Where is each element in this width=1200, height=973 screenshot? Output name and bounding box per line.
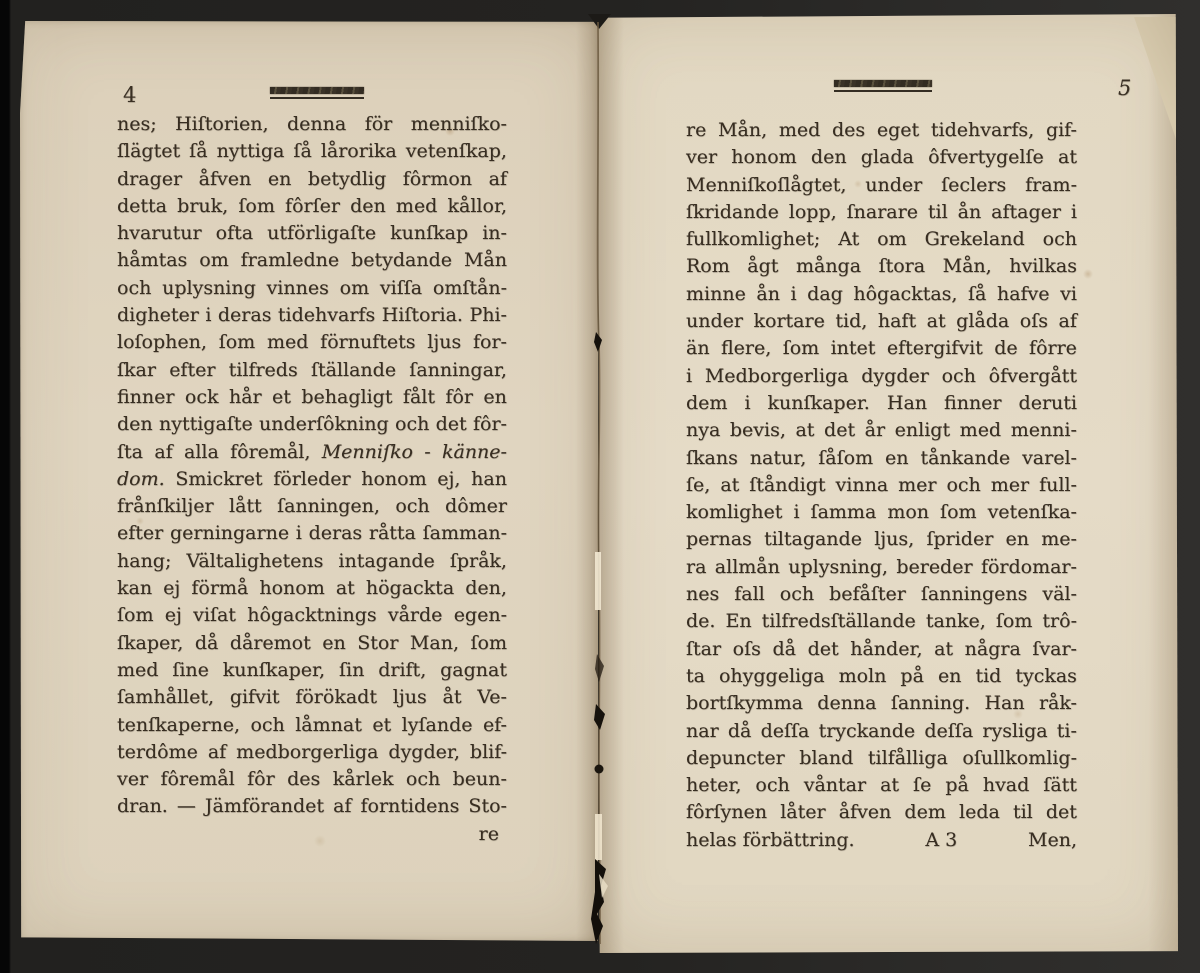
word: ſpråk, <box>450 550 507 577</box>
word: tenſkaperne, <box>117 714 240 741</box>
word: ſom <box>219 331 256 358</box>
word: - <box>424 441 430 468</box>
word: än <box>686 337 710 364</box>
word: behagligt <box>301 386 392 413</box>
word: och <box>946 474 980 501</box>
word: hår <box>229 386 262 413</box>
word: kan <box>117 577 152 604</box>
word: kunſkaper, <box>223 659 325 686</box>
word: efter <box>169 359 215 386</box>
word: minne <box>686 283 746 310</box>
word: fördomar- <box>981 556 1077 583</box>
catchword: Men, <box>1028 829 1077 856</box>
word: heter, <box>686 774 741 801</box>
word: ej <box>163 577 180 604</box>
word: några <box>965 638 1021 665</box>
word: finner <box>944 392 1001 419</box>
word: re <box>686 119 706 146</box>
word: ſom <box>470 632 507 659</box>
word: tilfålliga <box>868 747 948 774</box>
word: blif- <box>470 741 507 768</box>
word: hôgacktnings <box>247 604 376 631</box>
word: ſätt <box>1043 774 1077 801</box>
word: af <box>333 795 351 822</box>
text-line: minneånidaghôgacktas,ſåhafvevi <box>686 283 1077 310</box>
word: nya <box>686 419 720 446</box>
word: om <box>199 249 228 276</box>
word: mon <box>887 501 929 528</box>
word: ſtåndigt <box>749 474 825 501</box>
word: många <box>796 255 861 282</box>
word: fôrmon <box>403 168 472 195</box>
word: ljus <box>393 686 427 713</box>
text-line: ſomejviſathôgacktningsvårdeegen- <box>117 604 507 631</box>
word: råtta <box>369 522 416 549</box>
text-line: nesfallochbefåſterſanningensväl- <box>686 583 1077 610</box>
word: Ve- <box>477 686 507 713</box>
word: kunſkaper. <box>768 392 870 419</box>
corner-fold <box>1134 17 1176 139</box>
text-line: fôrſynenlåteråfvendemledatildet <box>686 801 1077 828</box>
photo-background: 4 nes;Hiſtorien,dennaförmenniſko-ſlägtet… <box>0 0 1200 973</box>
word: Smickret <box>175 468 262 495</box>
word: ljus <box>427 331 461 358</box>
word: nes <box>686 583 719 610</box>
word: ſvar- <box>1032 638 1077 665</box>
word: tiltagande <box>764 528 862 555</box>
text-line: RomågtmångaſtoraMån,hvilkas <box>686 255 1077 282</box>
word: nyttiga <box>217 140 285 167</box>
word: de <box>994 337 1017 364</box>
word: med <box>396 195 437 222</box>
word: dom. <box>117 468 165 495</box>
word: ej <box>165 604 182 631</box>
word: komlighet <box>686 501 782 528</box>
word: Menniſkoſlågtet, <box>686 174 846 201</box>
word: kortare <box>754 310 825 337</box>
word: då <box>728 720 752 747</box>
word: de. <box>686 610 715 637</box>
word: at <box>934 638 953 665</box>
word: ſe, <box>686 474 710 501</box>
text-line: ſkansnatur,ſåſomentånkandevarel- <box>686 447 1077 474</box>
word: at <box>720 474 739 501</box>
word: en <box>268 168 291 195</box>
word: ſom <box>940 501 977 528</box>
text-line: drageråfvenenbetydligfôrmonaf <box>117 168 507 195</box>
word: det <box>824 419 855 446</box>
word: ſe <box>913 774 931 801</box>
text-line: taohyggeligamolnpåentidtyckas <box>686 665 1077 692</box>
word: Hiſtoria. <box>382 304 463 331</box>
word: i <box>686 365 692 392</box>
word: med <box>267 331 308 358</box>
text-line: kanejförmåhonomathögacktaden, <box>117 577 507 604</box>
last-line-text: helas förbättring. <box>686 829 855 856</box>
word: ej, <box>437 468 460 495</box>
word: nes; <box>117 113 157 140</box>
word: håmtas <box>117 249 187 276</box>
word: en <box>1006 528 1029 555</box>
word: dygder <box>861 365 929 392</box>
word: dem <box>904 801 945 828</box>
word: fram- <box>1025 174 1077 201</box>
word: ſå <box>189 140 207 167</box>
text-line: ſe,atſtåndigtvinnamerochmerfull- <box>686 474 1077 501</box>
word: hvarutur <box>117 222 202 249</box>
word: ſå <box>293 140 311 167</box>
ornament-bar <box>270 87 364 94</box>
word: kållor, <box>448 195 507 222</box>
text-line: dettabruk,ſomfôrſerdenmedkållor, <box>117 195 507 222</box>
text-line: håmtasomframlednebetydandeMån <box>117 249 507 276</box>
word: dran. <box>117 795 168 822</box>
word: af <box>208 741 226 768</box>
word: ſkaper, <box>117 632 183 659</box>
word: tid, <box>835 310 867 337</box>
word: bortſkymma <box>686 692 803 719</box>
word: ver <box>117 768 148 795</box>
word: finner <box>117 386 174 413</box>
text-line: tenſkaperne,ochlåmnatetlyſandeef- <box>117 714 507 741</box>
word: ſta <box>117 441 143 468</box>
word: ver <box>686 146 717 173</box>
word: vinnes <box>267 277 329 304</box>
word: betydlig <box>308 168 386 195</box>
word: lopp, <box>789 201 837 228</box>
word: och <box>1043 228 1077 255</box>
word: det <box>808 638 839 665</box>
word: deras <box>309 522 363 549</box>
word: aftager <box>991 201 1061 228</box>
word: ån <box>756 283 780 310</box>
word: hôgacktas, <box>853 283 957 310</box>
text-line: ſtaroſsdådethånder,atnågraſvar- <box>686 638 1077 665</box>
word: ta <box>686 665 705 692</box>
word: tanke, <box>926 610 986 637</box>
word: til <box>1013 801 1033 828</box>
word: dåremot <box>230 632 311 659</box>
word: oſs <box>733 638 761 665</box>
text-line: ſtaafallafôremål,Menniſko-känne- <box>117 441 507 468</box>
word: känne- <box>442 441 507 468</box>
text-line: depuncterblandtilfålligaoſullkomlig- <box>686 747 1077 774</box>
word: ſlägtet <box>117 140 180 167</box>
word: ſtora <box>879 255 926 282</box>
word: han <box>471 468 507 495</box>
word: En <box>725 610 751 637</box>
word: egen- <box>454 604 507 631</box>
text-line: dran.—JämförandetafforntidensSto- <box>117 795 507 822</box>
word: hvilkas <box>1009 255 1077 282</box>
ornament-underline <box>270 97 364 100</box>
word: ſom <box>783 337 820 364</box>
word: tidehvarfs, <box>931 119 1034 146</box>
text-block-left: nes;Hiſtorien,dennaförmenniſko-ſlägtetſå… <box>117 113 507 850</box>
word: i <box>1071 201 1077 228</box>
word: ſamhållet, <box>117 686 214 713</box>
word: Stor <box>357 632 398 659</box>
text-line: finnerockhåretbehagligtfåltfôren <box>117 386 507 413</box>
word: oſullkomlig- <box>962 747 1077 774</box>
word: at <box>880 774 899 801</box>
word: Mån <box>464 249 507 276</box>
word: denna <box>287 113 346 140</box>
header-rule-ornament-right <box>834 80 932 92</box>
word: åfven <box>199 168 252 195</box>
word: Jämförandet <box>205 795 324 822</box>
word: ſamma <box>811 501 877 528</box>
word: en <box>483 386 506 413</box>
word: åt <box>443 686 462 713</box>
word: drager <box>117 168 182 195</box>
text-line: Menniſkoſlågtet,underſeclersfram- <box>686 174 1077 201</box>
word: mer <box>991 474 1029 501</box>
word: loſophen, <box>117 331 207 358</box>
word: tidehvarfs <box>278 304 375 331</box>
text-line: änflere,ſominteteftergifvitdefôrre <box>686 337 1077 364</box>
word: Man, <box>410 632 459 659</box>
word: och <box>755 774 789 801</box>
word: den, <box>465 577 507 604</box>
word: hvad <box>983 774 1029 801</box>
word: förökadt <box>295 686 377 713</box>
word: under <box>686 310 743 337</box>
word: fôrſer <box>285 195 340 222</box>
word: allmån <box>715 556 780 583</box>
word: haft <box>878 310 916 337</box>
word: honom <box>361 468 426 495</box>
word: leda <box>959 801 1000 828</box>
word: ån <box>958 201 982 228</box>
word: et <box>372 714 391 741</box>
word: tilfredsſtällande <box>762 610 916 637</box>
word: för <box>365 113 393 140</box>
word: den <box>350 195 386 222</box>
word: gagnat <box>440 659 507 686</box>
word: utförligaſte <box>267 222 376 249</box>
text-line: bortſkymmadennaſanning.Hanråk- <box>686 692 1077 719</box>
word: bland <box>799 747 853 774</box>
text-line: verfôremålfôrdeskårlekochbeun- <box>117 768 507 795</box>
word: fôrre <box>1029 337 1077 364</box>
word: glada <box>861 146 914 173</box>
word: Hiſtorien, <box>175 113 268 140</box>
word: kårlek <box>333 768 394 795</box>
word: uplysning <box>162 277 256 304</box>
word: med <box>117 659 158 686</box>
word: denna <box>817 692 876 719</box>
word: en <box>885 447 908 474</box>
word: och <box>395 413 429 440</box>
text-line: pernastiltagandeljus,ſpriderenme- <box>686 528 1077 555</box>
word: nyttigaſte <box>159 413 253 440</box>
word: — <box>177 795 196 822</box>
word: gerningarne <box>170 522 289 549</box>
word: mer <box>898 474 936 501</box>
word: at <box>927 310 946 337</box>
word: omſtån- <box>433 277 507 304</box>
word: menniſko- <box>411 113 507 140</box>
word: nar <box>686 720 719 747</box>
word: fôr <box>445 386 473 413</box>
word: moln <box>839 665 887 692</box>
word: ſin <box>339 659 364 686</box>
word: och <box>250 714 284 741</box>
word: i <box>744 392 750 419</box>
word: fôr- <box>473 413 507 440</box>
word: låter <box>780 801 825 828</box>
word: Medborgerliga <box>705 365 849 392</box>
word: ra <box>686 556 706 583</box>
word: hafve <box>997 283 1050 310</box>
word: des <box>832 119 865 146</box>
word: om <box>877 228 906 255</box>
word: om <box>340 277 369 304</box>
word: Mån, <box>943 255 992 282</box>
word: då <box>773 638 797 665</box>
word: ôfvertygelſe <box>928 146 1044 173</box>
text-line: nyabevis,atdetårenligtmedmenni- <box>686 419 1077 446</box>
word: fullkomlighet; <box>686 228 820 255</box>
word: af <box>1059 310 1077 337</box>
word: under <box>865 174 922 201</box>
word: befåſter <box>829 583 906 610</box>
word: vi <box>1060 283 1077 310</box>
word: deſſa <box>761 720 810 747</box>
word: af <box>154 441 172 468</box>
word: Rom <box>686 255 730 282</box>
word: ſkans <box>686 447 738 474</box>
text-line: verhonomdengladaôfvertygelſeat <box>686 146 1077 173</box>
word: åfven <box>839 801 892 828</box>
word: ſtällande <box>311 359 396 386</box>
word: fôremål, <box>230 441 310 468</box>
word: tryckande <box>819 720 916 747</box>
ornament-underline <box>834 90 932 93</box>
word: fall <box>734 583 765 610</box>
text-line: demikunſkaper.Hanfinnerderuti <box>686 392 1077 419</box>
word: des <box>287 768 320 795</box>
word: tyckas <box>1015 665 1077 692</box>
word: tilfreds <box>229 359 298 386</box>
word: tånkande <box>920 447 1010 474</box>
word: ſom <box>117 604 154 631</box>
word: vårde <box>388 604 443 631</box>
word: dag <box>807 283 843 310</box>
word: til <box>928 201 948 228</box>
word: efter <box>117 522 163 549</box>
word: natur, <box>750 447 806 474</box>
word: ſprider <box>926 528 993 555</box>
word: Menniſko <box>322 441 413 468</box>
word: hang; <box>117 550 171 577</box>
word: uplysning, <box>788 556 888 583</box>
word: och <box>780 583 814 610</box>
word: och <box>942 365 976 392</box>
text-line: ſkridandelopp,ſnararetilånaftageri <box>686 201 1077 228</box>
text-line: dennyttigaſteunderſôkningochdetfôr- <box>117 413 507 440</box>
word: lyſande <box>402 714 473 741</box>
word: bevis, <box>730 419 786 446</box>
word: hånder, <box>850 638 922 665</box>
word: dygder, <box>388 741 460 768</box>
word: en <box>938 665 961 692</box>
word: i <box>793 501 799 528</box>
word: ſanningens <box>921 583 1028 610</box>
word: forntidens <box>360 795 459 822</box>
word: ſom <box>996 610 1033 637</box>
word: på <box>945 774 969 801</box>
word: varel- <box>1022 447 1077 474</box>
word: ef- <box>483 714 507 741</box>
word: me- <box>1041 528 1077 555</box>
word: våntar <box>804 774 866 801</box>
word: Grekeland <box>925 228 1025 255</box>
word: i <box>791 283 797 310</box>
word: betydande <box>351 249 452 276</box>
word: ock <box>185 386 219 413</box>
word: dem <box>686 392 727 419</box>
word: det <box>436 413 467 440</box>
word: digheter <box>117 304 199 331</box>
word: tid <box>975 665 1001 692</box>
word: ſeclers <box>941 174 1006 201</box>
word: ſkar <box>117 359 156 386</box>
word: Han <box>887 392 927 419</box>
word: in- <box>482 222 507 249</box>
word: Vältalighetens <box>186 550 323 577</box>
word: for- <box>473 331 507 358</box>
word: ohyggeliga <box>719 665 825 692</box>
word: at <box>336 577 355 604</box>
word: deras <box>218 304 272 331</box>
page-left: 4 nes;Hiſtorien,dennaförmenniſko-ſlägtet… <box>20 21 598 941</box>
word: at <box>795 419 814 446</box>
word: förnuftets <box>320 331 415 358</box>
word: vetenſkap, <box>406 140 507 167</box>
word: bruk, <box>177 195 228 222</box>
catchword: re <box>117 823 507 850</box>
word: dômer <box>445 495 507 522</box>
text-line: hang;Vältalighetensintagandeſpråk, <box>117 550 507 577</box>
word: flere, <box>721 337 771 364</box>
word: depuncter <box>686 747 785 774</box>
word: fôremål <box>160 768 234 795</box>
text-line: ſlägtetſånyttigaſålårorikavetenſkap, <box>117 140 507 167</box>
word: frånſkiljer <box>117 495 214 522</box>
text-line: ſkaper,dådåremotenStorMan,ſom <box>117 632 507 659</box>
word: ſom <box>238 195 275 222</box>
word: at <box>1058 146 1077 173</box>
word: och <box>406 768 440 795</box>
word: gifvit <box>230 686 280 713</box>
text-line: reMån,meddesegettidehvarfs,gif- <box>686 119 1077 146</box>
word: lårorika <box>321 140 397 167</box>
word: låmnat <box>295 714 362 741</box>
word: full- <box>1039 474 1077 501</box>
word: ſkridande <box>686 201 779 228</box>
signature-mark: A 3 <box>925 829 957 856</box>
word: och <box>395 495 429 522</box>
word: ſåſom <box>818 447 873 474</box>
word: eftergifvit <box>887 337 983 364</box>
word: då <box>195 632 219 659</box>
word: pernas <box>686 528 752 555</box>
word: ôfvergått <box>989 365 1077 392</box>
word: oſs <box>1020 310 1048 337</box>
word: ſanning. <box>891 692 970 719</box>
